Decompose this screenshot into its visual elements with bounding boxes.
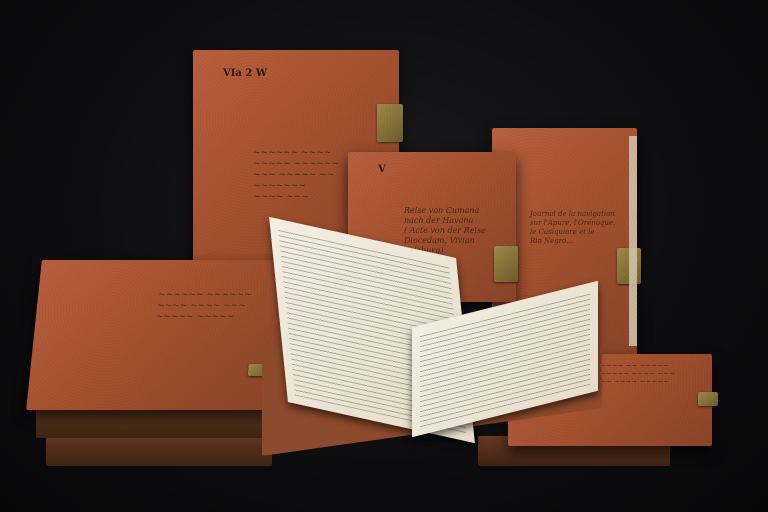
photo-scene: VIa 2 W ~~~~~~ ~~~~~~~~~ ~~~~~~~~~ ~~~~~…	[0, 0, 768, 512]
cover-inscription: ~~~~~~ ~~~~~~~~~ ~~~~~~~~~ ~~~~~ ~~~~~~~…	[253, 148, 363, 203]
volume-mark: V	[378, 164, 386, 175]
cover-inscription: ~~~~~~ ~~~~~~~~~~ ~~~~ ~~~~~~~~ ~~~~~	[155, 290, 278, 323]
brass-clasp	[377, 104, 403, 142]
journal-left-stack-top: ~~~~~~ ~~~~~~~~~~ ~~~~ ~~~~~~~~ ~~~~~	[26, 260, 292, 410]
open-journal	[262, 232, 608, 442]
cover-inscription: ~~~~ ~~ ~~~~~~~~~~ ~~~~ ~~~~~ ~~~~ ~~~~~	[600, 362, 710, 386]
brass-clasp	[698, 392, 718, 406]
volume-mark: VIa 2 W	[223, 68, 267, 79]
